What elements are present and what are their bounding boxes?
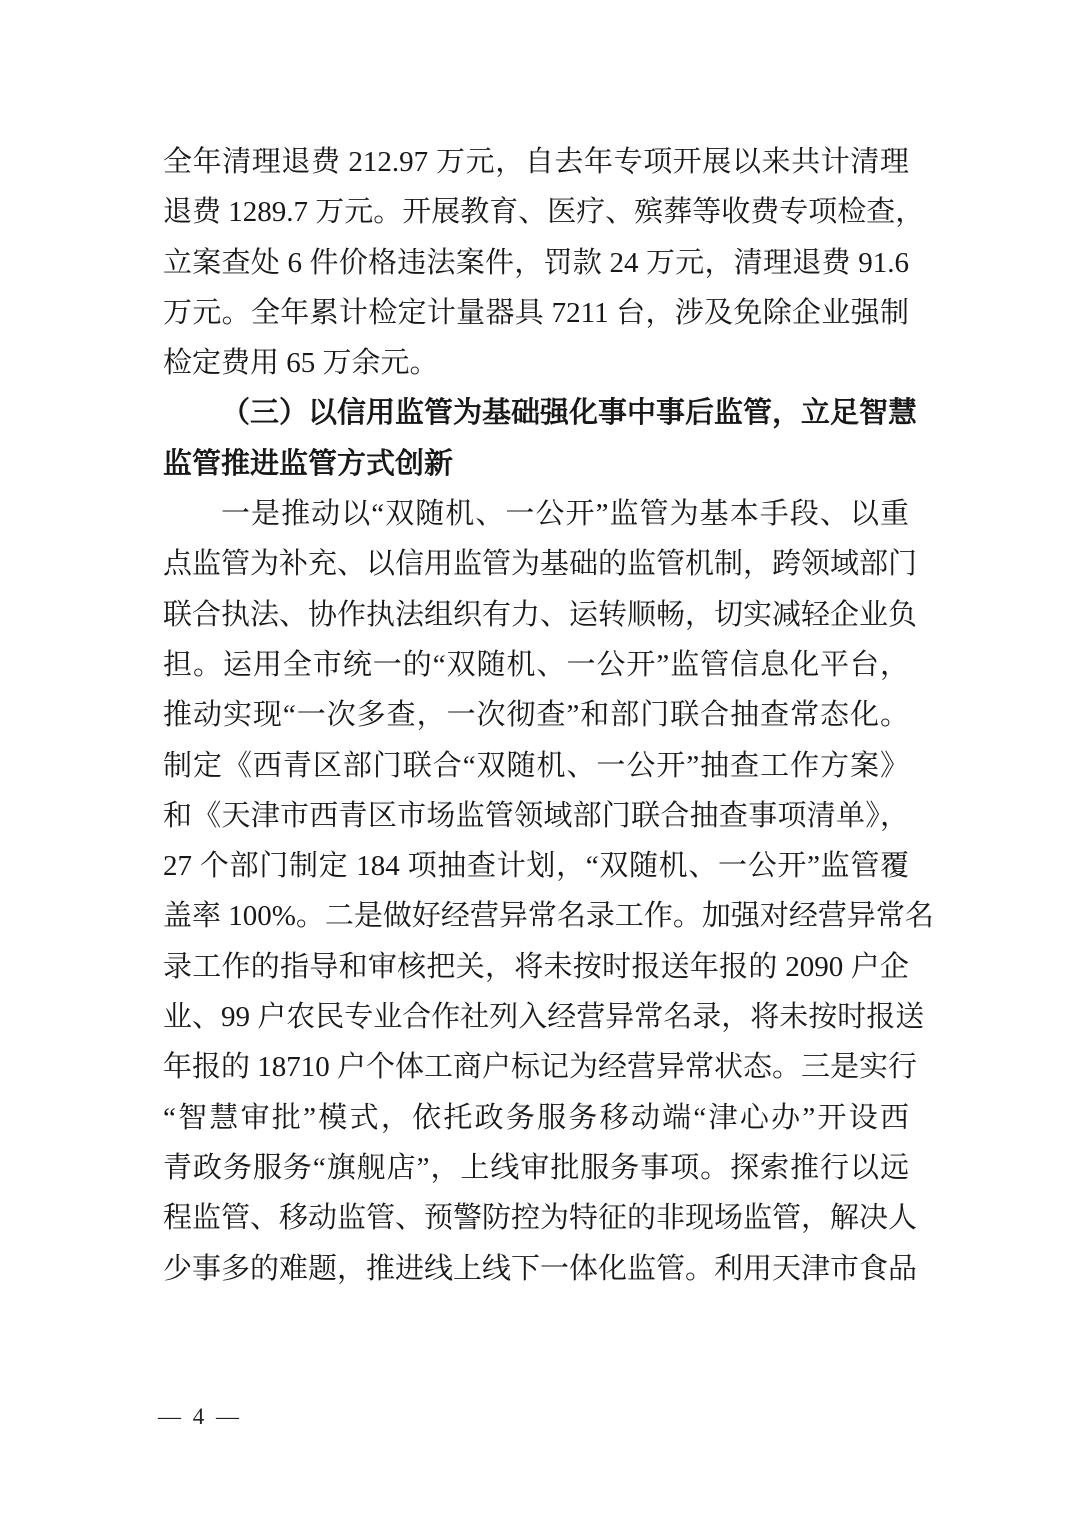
body-text: 全年清理退费 212.97 万元，自去年专项开展以来共计清理 退费 1289.7… [163, 137, 909, 1294]
heading-line: （三）以信用监管为基础强化事中事后监管，立足智慧 [163, 388, 909, 438]
text-line: 推动实现“一次多查，一次彻查”和部门联合抽查常态化。 [163, 690, 909, 740]
text-line: 业、99 户农民专业合作社列入经营异常名录，将未按时报送 [163, 992, 909, 1042]
text-line: 万元。全年累计检定计量器具 7211 台，涉及免除企业强制 [163, 288, 909, 338]
page-number: — 4 — [158, 1404, 242, 1430]
text-line: 点监管为补充、以信用监管为基础的监管机制，跨领域部门 [163, 539, 909, 589]
text-line: 制定《西青区部门联合“双随机、一公开”抽查工作方案》 [163, 741, 909, 791]
text-line: 退费 1289.7 万元。开展教育、医疗、殡葬等收费专项检查， [163, 187, 909, 237]
text-line: 少事多的难题，推进线上线下一体化监管。利用天津市食品 [163, 1244, 909, 1294]
text-line: 盖率 100%。二是做好经营异常名录工作。加强对经营异常名 [163, 891, 909, 941]
text-line: 立案查处 6 件价格违法案件，罚款 24 万元，清理退费 91.6 [163, 238, 909, 288]
text-line: 全年清理退费 212.97 万元，自去年专项开展以来共计清理 [163, 137, 909, 187]
paragraph-fee-clearance: 全年清理退费 212.97 万元，自去年专项开展以来共计清理 退费 1289.7… [163, 137, 909, 388]
document-page: 全年清理退费 212.97 万元，自去年专项开展以来共计清理 退费 1289.7… [0, 0, 1074, 1520]
text-line: 担。运用全市统一的“双随机、一公开”监管信息化平台， [163, 640, 909, 690]
text-line: 录工作的指导和审核把关，将未按时报送年报的 2090 户企 [163, 942, 909, 992]
text-line: 年报的 18710 户个体工商户标记为经营异常状态。三是实行 [163, 1042, 909, 1092]
text-line: 27 个部门制定 184 项抽查计划，“双随机、一公开”监管覆 [163, 841, 909, 891]
text-line: 联合执法、协作执法组织有力、运转顺畅，切实减轻企业负 [163, 590, 909, 640]
text-line: 青政务服务“旗舰店”，上线审批服务事项。探索推行以远 [163, 1143, 909, 1193]
text-line: 程监管、移动监管、预警防控为特征的非现场监管，解决人 [163, 1193, 909, 1243]
section-heading-3: （三）以信用监管为基础强化事中事后监管，立足智慧 监管推进监管方式创新 [163, 388, 909, 489]
text-line: 一是推动以“双随机、一公开”监管为基本手段、以重 [163, 489, 909, 539]
text-line: “智慧审批”模式，依托政务服务移动端“津心办”开设西 [163, 1093, 909, 1143]
text-line: 和《天津市西青区市场监管领域部门联合抽查事项清单》， [163, 791, 909, 841]
paragraph-credit-supervision: 一是推动以“双随机、一公开”监管为基本手段、以重 点监管为补充、以信用监管为基础… [163, 489, 909, 1294]
heading-line: 监管推进监管方式创新 [163, 439, 909, 489]
text-line: 检定费用 65 万余元。 [163, 338, 909, 388]
